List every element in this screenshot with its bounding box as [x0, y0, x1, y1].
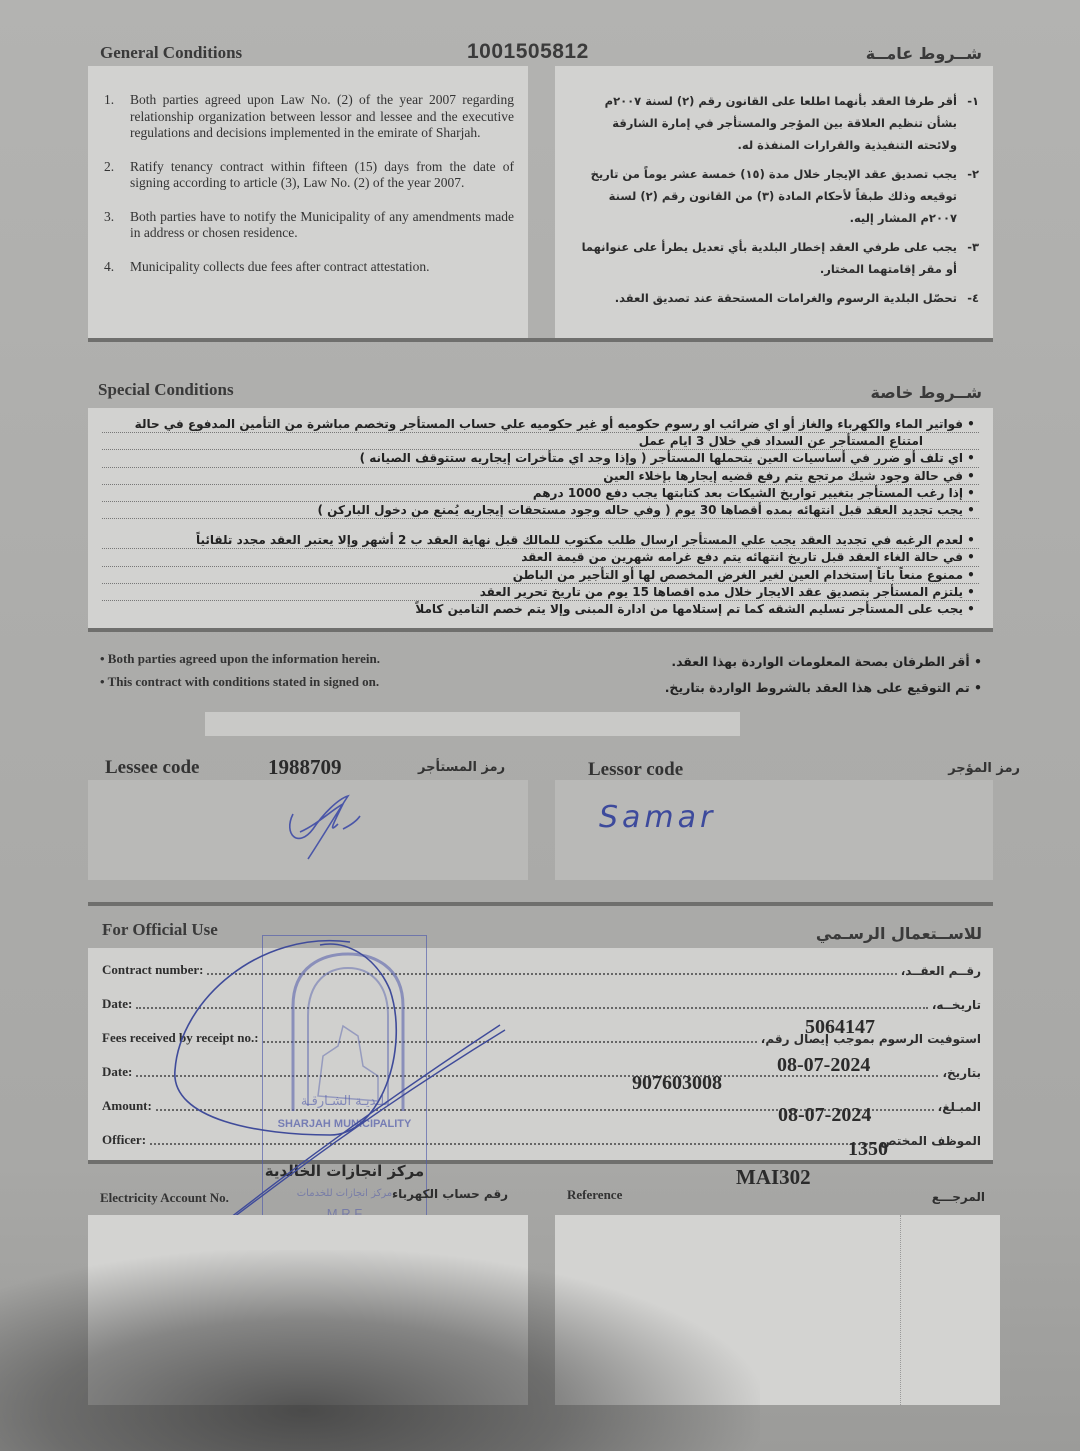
agreement-line-ar-1: • أقر الطرفان بصحة المعلومات الواردة بهذ…	[671, 654, 982, 669]
item-text: Both parties have to notify the Municipa…	[130, 209, 514, 242]
special-condition-line: •يلتزم المستأجر بتصديق عقد الايجار خلال …	[102, 584, 979, 601]
line-text: لعدم الرغبه في تجديد العقد يجب علي المست…	[196, 532, 963, 548]
official-use-title-ar: للاســتعمال الرسـمي	[816, 924, 982, 943]
special-conditions-title-en: Special Conditions	[98, 380, 234, 400]
bullet: •	[963, 468, 979, 484]
special-condition-line: •في حالة وجود شيك مرتجع يتم رفع قضيه إيج…	[102, 468, 979, 485]
row-label-ar: المبـلغ،	[938, 1100, 981, 1114]
lessee-signature-box	[88, 780, 528, 880]
row-label-ar: الموظف المختص	[880, 1134, 981, 1148]
line-text: يلتزم المستأجر بتصديق عقد الايجار خلال م…	[480, 584, 963, 600]
line-text: إذا رغب المستأجر بتغيير تواريخ الشيكات ب…	[533, 485, 963, 501]
receipt-date-value: 08-07-2024	[777, 1054, 870, 1077]
row-label-ar: بتاريخ،	[942, 1066, 981, 1080]
reference-divider	[900, 1215, 901, 1405]
contract-serial-number: 1001505812	[467, 40, 589, 64]
contract-page: General Conditions 1001505812 شــروط عام…	[0, 0, 1080, 1451]
general-conditions-en-box: 1.Both parties agreed upon Law No. (2) o…	[88, 66, 528, 338]
lessor-signature: Samar	[599, 800, 716, 835]
item-number: 1.	[104, 92, 130, 142]
general-condition-ar-item: ١-أقر طرفا العقد بأنهما اطلعا على القانو…	[573, 90, 979, 156]
special-condition-line: •لعدم الرغبه في تجديد العقد يجب علي المس…	[102, 532, 979, 549]
line-text: اي تلف أو ضرر في أساسيات العين يتحملها ا…	[360, 450, 963, 466]
section-divider	[88, 338, 993, 342]
bullet: •	[963, 549, 979, 565]
photo-shadow	[0, 1250, 760, 1451]
special-condition-line: •اي تلف أو ضرر في أساسيات العين يتحملها …	[102, 450, 979, 467]
general-conditions-ar-list: ١-أقر طرفا العقد بأنهما اطلعا على القانو…	[573, 90, 979, 309]
general-condition-en-item: 2.Ratify tenancy contract within fifteen…	[104, 159, 514, 192]
general-conditions-title-ar: شــروط عامــة	[866, 44, 982, 63]
row-label-ar: رقــم العقــد،	[901, 964, 981, 978]
item-number: ٣-	[957, 236, 979, 280]
special-condition-line: •في حالة الغاء العقد قبل تاريخ انتهائه ي…	[102, 549, 979, 566]
special-condition-line: •إذا رغب المستأجر بتغيير تواريخ الشيكات …	[102, 485, 979, 502]
special-condition-line: •يجب على المستأجر تسليم الشقه كما تم إست…	[102, 601, 979, 617]
special-conditions-box: •فواتير الماء والكهرباء والغاز أو اي ضرا…	[88, 408, 993, 628]
item-text: Ratify tenancy contract within fifteen (…	[130, 159, 514, 192]
item-text: Both parties agreed upon Law No. (2) of …	[130, 92, 514, 142]
item-number: ٢-	[957, 163, 979, 229]
stamped-number-value: 907603008	[632, 1072, 722, 1095]
special-conditions-title-ar: شــروط خاصة	[871, 383, 982, 402]
general-condition-en-item: 1.Both parties agreed upon Law No. (2) o…	[104, 92, 514, 142]
bullet: •	[963, 601, 979, 617]
line-text: يجب تجديد العقد قبل انتهائه بمده أقصاها …	[318, 502, 963, 518]
electricity-account-label-ar: رقم حساب الكهرباء	[392, 1187, 508, 1201]
bullet: •	[963, 567, 979, 583]
electricity-account-label: Electricity Account No.	[100, 1190, 229, 1206]
general-condition-en-item: 4.Municipality collects due fees after c…	[104, 259, 514, 276]
bullet	[923, 433, 939, 449]
reference-label-ar: المرجـــع	[932, 1190, 985, 1204]
special-condition-line: •يجب تجديد العقد قبل انتهائه بمده أقصاها…	[102, 502, 979, 519]
bullet: •	[963, 416, 979, 432]
section-divider	[88, 628, 993, 632]
row-label-ar: تاريخــه،	[932, 998, 981, 1012]
bullet: •	[963, 502, 979, 518]
general-conditions-ar-box: ١-أقر طرفا العقد بأنهما اطلعا على القانو…	[555, 66, 993, 338]
general-conditions-title-en: General Conditions	[100, 43, 242, 63]
bullet: •	[963, 450, 979, 466]
reference-label: Reference	[567, 1187, 622, 1203]
line-text: فواتير الماء والكهرباء والغاز أو اي ضرائ…	[135, 416, 963, 432]
item-text: Municipality collects due fees after con…	[130, 259, 430, 276]
line-text: في حالة وجود شيك مرتجع يتم رفع قضيه إيجا…	[603, 468, 963, 484]
special-condition-line: •ممنوع منعاً باتاً إستخدام العين لغير ال…	[102, 567, 979, 584]
item-text: أقر طرفا العقد بأنهما اطلعا على القانون …	[573, 90, 957, 156]
agreement-line-en-2: • This contract with conditions stated i…	[100, 674, 379, 690]
lessee-code-label: Lessee code	[105, 757, 199, 779]
signing-date-field	[205, 712, 740, 736]
agreement-line-ar-2: • تم التوقيع على هذا العقد بالشروط الوار…	[665, 680, 982, 695]
line-text: يجب على المستأجر تسليم الشقه كما تم إستل…	[415, 601, 963, 617]
special-condition-line: امتناع المستأجر عن السداد في خلال 3 ايام…	[102, 433, 979, 450]
general-condition-ar-item: ٢-يجب تصديق عقد الإيجار خلال مدة (١٥) خم…	[573, 163, 979, 229]
bullet: •	[963, 532, 979, 548]
item-number: 3.	[104, 209, 130, 242]
lessor-code-label-ar: رمز المؤجر	[948, 761, 1020, 776]
bullet: •	[963, 584, 979, 600]
spacer	[102, 519, 979, 532]
lessor-code-label: Lessor code	[588, 759, 683, 781]
lessee-code-value: 1988709	[268, 755, 342, 780]
item-number: ١-	[957, 90, 979, 156]
row-label-en: Date:	[102, 1064, 132, 1080]
item-number: 4.	[104, 259, 130, 276]
row-label-en: Date:	[102, 996, 132, 1012]
lessor-signature-box: Samar	[555, 780, 993, 880]
general-condition-ar-item: ٣-يجب على طرفي العقد إخطار البلدية بأي ت…	[573, 236, 979, 280]
item-number: ٤-	[957, 287, 979, 309]
line-text: امتناع المستأجر عن السداد في خلال 3 ايام…	[639, 433, 923, 449]
reference-value: MAI302	[736, 1165, 811, 1190]
line-text: ممنوع منعاً باتاً إستخدام العين لغير الغ…	[513, 567, 963, 583]
general-condition-en-item: 3.Both parties have to notify the Munici…	[104, 209, 514, 242]
item-text: يجب تصديق عقد الإيجار خلال مدة (١٥) خمسة…	[573, 163, 957, 229]
agreement-line-en-1: • Both parties agreed upon the informati…	[100, 651, 380, 667]
special-condition-line: •فواتير الماء والكهرباء والغاز أو اي ضرا…	[102, 416, 979, 433]
item-text: يجب على طرفي العقد إخطار البلدية بأي تعد…	[573, 236, 957, 280]
item-number: 2.	[104, 159, 130, 192]
receipt-number-value: 5064147	[805, 1016, 875, 1039]
section-divider	[88, 902, 993, 906]
lessee-signature-icon	[278, 784, 418, 864]
amount-date-value: 08-07-2024	[778, 1104, 871, 1127]
lessee-code-label-ar: رمز المستأجر	[418, 760, 505, 775]
general-conditions-en-list: 1.Both parties agreed upon Law No. (2) o…	[104, 92, 514, 275]
item-text: تحصّل البلدية الرسوم والغرامات المستحقة …	[615, 287, 957, 309]
officer-code-value: 1350	[848, 1138, 888, 1161]
line-text: في حالة الغاء العقد قبل تاريخ انتهائه يت…	[521, 549, 963, 565]
general-condition-ar-item: ٤-تحصّل البلدية الرسوم والغرامات المستحق…	[573, 287, 979, 309]
bullet: •	[963, 485, 979, 501]
